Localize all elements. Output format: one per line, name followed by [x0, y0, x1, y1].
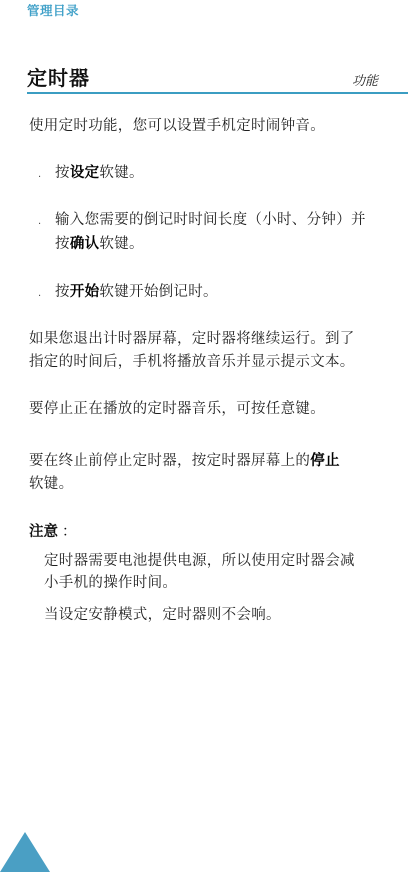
- paragraph-line: 要停止正在播放的定时器音乐，可按任意键。: [29, 398, 401, 421]
- step-text-after: 软键。: [99, 165, 143, 181]
- step-text-before: 按: [55, 236, 70, 252]
- note-line: 当设定安静模式，定时器则不会响。: [44, 604, 399, 626]
- paragraph-line: 指定的时间后，手机将播放音乐并显示提示文本。: [29, 351, 401, 374]
- step-3: .按开始软键开始倒记时。: [38, 281, 400, 305]
- step-text-after: 软键开始倒记时。: [99, 284, 217, 300]
- note-item-2: 当设定安静模式，定时器则不会响。: [44, 604, 399, 626]
- step-text-line1: 输入您需要的倒记时时间长度（小时、分钟）并: [55, 212, 366, 228]
- paragraph-line: 软键。: [29, 473, 401, 496]
- note-colon: ：: [58, 524, 77, 540]
- note-title: 注意：: [29, 520, 77, 541]
- step-text-before: 按: [55, 165, 70, 181]
- step-text-before: 按: [55, 284, 70, 300]
- softkey-label: 确认: [70, 236, 100, 252]
- note-line: 小手机的操作时间。: [44, 572, 399, 594]
- page-title: 定时器: [27, 62, 90, 91]
- paragraph-stop-music: 要停止正在播放的定时器音乐，可按任意键。: [29, 398, 401, 421]
- softkey-label: 停止: [310, 453, 340, 469]
- paragraph-text: 要在终止前停止定时器，按定时器屏幕上的: [29, 453, 310, 469]
- step-bullet: .: [38, 163, 55, 186]
- paragraph-stop-timer: 要在终止前停止定时器，按定时器屏幕上的停止 软键。: [29, 450, 401, 496]
- toc-link[interactable]: 管理目录: [27, 1, 79, 19]
- step-2: .输入您需要的倒记时时间长度（小时、分钟）并 按确认软键。: [38, 209, 400, 256]
- paragraph-line: 如果您退出计时器屏幕，定时器将继续运行。到了: [29, 328, 401, 351]
- note-line: 定时器需要电池提供电源，所以使用定时器会减: [44, 550, 399, 572]
- triangle-up-icon: [0, 832, 50, 872]
- intro-paragraph: 使用定时功能，您可以设置手机定时闹钟音。: [29, 115, 401, 138]
- step-text-after: 软键。: [99, 236, 143, 252]
- step-bullet: .: [38, 282, 55, 305]
- paragraph-background-run: 如果您退出计时器屏幕，定时器将继续运行。到了 指定的时间后，手机将播放音乐并显示…: [29, 328, 401, 374]
- section-label: 功能: [352, 70, 378, 89]
- note-item-1: 定时器需要电池提供电源，所以使用定时器会减 小手机的操作时间。: [44, 550, 399, 594]
- step-bullet: .: [38, 210, 55, 233]
- heading-row: 定时器 功能: [27, 62, 408, 92]
- heading-divider: [27, 92, 408, 94]
- note-title-text: 注意: [29, 524, 58, 540]
- step-1: .按设定软键。: [38, 162, 400, 186]
- softkey-label: 设定: [70, 165, 100, 181]
- softkey-label: 开始: [70, 284, 100, 300]
